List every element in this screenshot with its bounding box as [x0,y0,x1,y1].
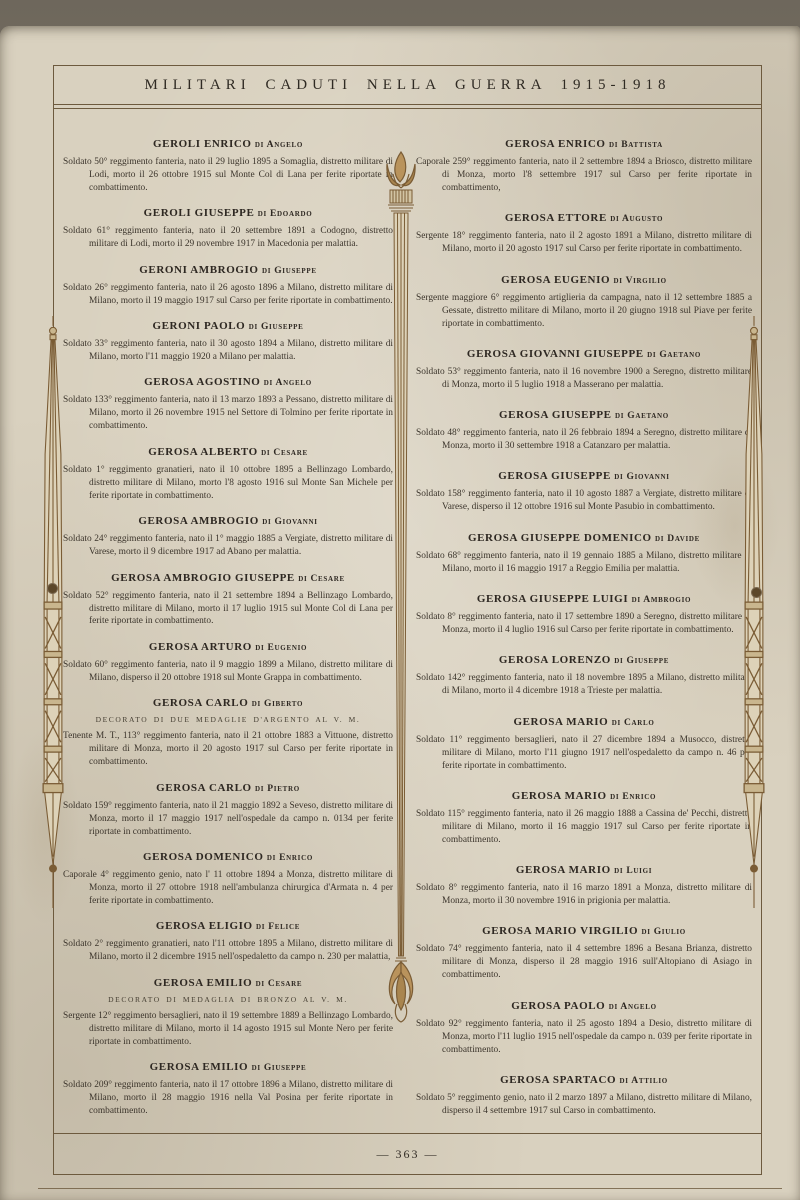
entry-text: Soldato 8° reggimento fanteria, nato il … [442,611,752,637]
entry-name: GEROSA LORENZO di Giuseppe [416,654,752,666]
memorial-entry: GEROSA AMBROGIO GIUSEPPE di Cesare Solda… [63,572,393,629]
entry-text: Soldato 5° reggimento genio, nato il 2 m… [442,1092,752,1118]
memorial-entry: GEROSA GIUSEPPE LUIGI di Ambrogio Soldat… [416,593,752,637]
entry-name: GEROSA EMILIO di Cesare [63,977,393,989]
memorial-entry: GEROSA MARIO di Enrico Soldato 115° regg… [416,790,752,847]
memorial-entry: GEROSA ELIGIO di Felice Soldato 2° reggi… [63,920,393,964]
entry-text: Sergente maggiore 6° reggimento artiglie… [442,292,752,331]
entry-text: Soldato 60° reggimento fanteria, nato il… [89,659,393,685]
page-number: — 363 — [377,1147,439,1162]
entry-text: Soldato 48° reggimento fanteria, nato il… [442,427,752,453]
memorial-entry: GEROSA MARIO di Carlo Soldato 11° reggim… [416,716,752,773]
memorial-entry: GEROSA EMILIO di Giuseppe Soldato 209° r… [63,1061,393,1118]
entry-name: GEROSA MARIO di Carlo [416,716,752,728]
entry-text: Soldato 2° reggimento granatieri, nato l… [89,938,393,964]
entry-name: GEROSA AGOSTINO di Angelo [63,376,393,388]
entry-name: GEROSA ALBERTO di Cesare [63,446,393,458]
page-footer: — 363 — [54,1133,761,1174]
memorial-entry: GEROSA DOMENICO di Enrico Caporale 4° re… [63,851,393,908]
memorial-entry: GEROSA ALBERTO di Cesare Soldato 1° regg… [63,446,393,503]
entry-text: Sergente 18° reggimento fanteria, nato i… [442,230,752,256]
entry-text: Soldato 61° reggimento fanteria, nato il… [89,225,393,251]
page-title: MILITARI CADUTI NELLA GUERRA 1915-1918 [144,77,670,94]
entry-text: Soldato 115° reggimento fanteria, nato i… [442,808,752,847]
memorial-entry: GEROSA GIUSEPPE di Gaetano Soldato 48° r… [416,409,752,453]
memorial-entry: GERONI AMBROGIO di Giuseppe Soldato 26° … [63,264,393,308]
entry-name: GEROSA GIOVANNI GIUSEPPE di Gaetano [416,348,752,360]
entry-name: GEROLI GIUSEPPE di Edoardo [63,207,393,219]
left-column: GEROLI ENRICO di Angelo Soldato 50° regg… [63,126,393,1128]
memorial-entry: GEROSA MARIO di Luigi Soldato 8° reggime… [416,864,752,908]
entry-text: Soldato 53° reggimento fanteria, nato il… [442,366,752,392]
entry-text: Soldato 133° reggimento fanteria, nato i… [89,394,393,433]
memorial-entry: GEROSA LORENZO di Giuseppe Soldato 142° … [416,654,752,698]
entry-name: GEROSA SPARTACO di Attilio [416,1074,752,1086]
entry-text: Soldato 33° reggimento fanteria, nato il… [89,338,393,364]
entry-text: Soldato 8° reggimento fanteria, nato il … [442,882,752,908]
entry-name: GEROSA ELIGIO di Felice [63,920,393,932]
entry-name: GEROSA GIUSEPPE LUIGI di Ambrogio [416,593,752,605]
entry-name: GEROSA ARTURO di Eugenio [63,641,393,653]
memorial-entry: GEROSA EUGENIO di Virgilio Sergente magg… [416,274,752,331]
entry-name: GEROSA GIUSEPPE di Gaetano [416,409,752,421]
memorial-entry: GEROSA GIUSEPPE di Giovanni Soldato 158°… [416,470,752,514]
memorial-entry: GEROSA ARTURO di Eugenio Soldato 60° reg… [63,641,393,685]
entry-text: Soldato 68° reggimento fanteria, nato il… [442,550,752,576]
memorial-entry: GEROSA ENRICO di Battista Caporale 259° … [416,138,752,195]
entry-text: Tenente M. T., 113° reggimento fanteria,… [89,730,393,769]
entry-text: Soldato 159° reggimento fanteria, nato i… [89,800,393,839]
page-header: MILITARI CADUTI NELLA GUERRA 1915-1918 [54,66,761,105]
entry-text: Caporale 259° reggimento fanteria, nato … [442,156,752,195]
entry-text: Sergente 12° reggimento bersaglieri, nat… [89,1010,393,1049]
page-frame: MILITARI CADUTI NELLA GUERRA 1915-1918 G… [53,65,762,1175]
entry-name: GEROSA DOMENICO di Enrico [63,851,393,863]
entry-text: Soldato 74° reggimento fanteria, nato il… [442,943,752,982]
memorial-entry: GEROSA CARLO di Giberto DECORATO DI DUE … [63,697,393,769]
entry-name: GEROSA EUGENIO di Virgilio [416,274,752,286]
memorial-entry: GEROSA MARIO VIRGILIO di Giulio Soldato … [416,925,752,982]
entry-name: GERONI AMBROGIO di Giuseppe [63,264,393,276]
entry-name: GEROSA ENRICO di Battista [416,138,752,150]
entry-name: GEROSA MARIO VIRGILIO di Giulio [416,925,752,937]
entry-text: Caporale 4° reggimento genio, nato l' 11… [89,869,393,908]
entry-decoration: DECORATO DI MEDAGLIA DI BRONZO AL V. M. [63,995,393,1004]
entries-area: GEROLI ENRICO di Angelo Soldato 50° regg… [63,126,752,1128]
entry-text: Soldato 52° reggimento fanteria, nato il… [89,590,393,629]
entry-text: Soldato 11° reggimento bersaglieri, nato… [442,734,752,773]
memorial-entry: GEROSA PAOLO di Angelo Soldato 92° reggi… [416,1000,752,1057]
right-column: GEROSA ENRICO di Battista Caporale 259° … [416,126,752,1128]
entry-text: Soldato 26° reggimento fanteria, nato il… [89,282,393,308]
memorial-entry: GEROSA GIOVANNI GIUSEPPE di Gaetano Sold… [416,348,752,392]
entry-name: GEROSA MARIO di Luigi [416,864,752,876]
entry-name: GEROLI ENRICO di Angelo [63,138,393,150]
memorial-entry: GEROSA ETTORE di Augusto Sergente 18° re… [416,212,752,256]
outer-bottom-rule [38,1188,782,1189]
entry-text: Soldato 158° reggimento fanteria, nato i… [442,488,752,514]
memorial-entry: GEROSA GIUSEPPE DOMENICO di Davide Solda… [416,532,752,576]
entry-name: GEROSA MARIO di Enrico [416,790,752,802]
memorial-entry: GEROLI ENRICO di Angelo Soldato 50° regg… [63,138,393,195]
entry-name: GEROSA CARLO di Giberto [63,697,393,709]
entry-name: GEROSA AMBROGIO di Giovanni [63,515,393,527]
entry-text: Soldato 50° reggimento fanteria, nato il… [89,156,393,195]
memorial-entry: GEROSA SPARTACO di Attilio Soldato 5° re… [416,1074,752,1118]
header-double-rule [54,108,761,109]
entry-name: GEROSA ETTORE di Augusto [416,212,752,224]
entry-text: Soldato 92° reggimento fanteria, nato il… [442,1018,752,1057]
entry-name: GERONI PAOLO di Giuseppe [63,320,393,332]
memorial-entry: GEROSA AGOSTINO di Angelo Soldato 133° r… [63,376,393,433]
memorial-entry: GEROSA AMBROGIO di Giovanni Soldato 24° … [63,515,393,559]
entry-name: GEROSA EMILIO di Giuseppe [63,1061,393,1073]
entry-name: GEROSA CARLO di Pietro [63,782,393,794]
entry-name: GEROSA PAOLO di Angelo [416,1000,752,1012]
memorial-entry: GEROSA CARLO di Pietro Soldato 159° regg… [63,782,393,839]
entry-name: GEROSA AMBROGIO GIUSEPPE di Cesare [63,572,393,584]
entry-name: GEROSA GIUSEPPE DOMENICO di Davide [416,532,752,544]
memorial-entry: GERONI PAOLO di Giuseppe Soldato 33° reg… [63,320,393,364]
entry-decoration: DECORATO DI DUE MEDAGLIE D'ARGENTO AL V.… [63,715,393,724]
frame-knob-icon [752,588,761,597]
memorial-entry: GEROSA EMILIO di Cesare DECORATO DI MEDA… [63,977,393,1049]
entry-text: Soldato 142° reggimento fanteria, nato i… [442,672,752,698]
entry-text: Soldato 24° reggimento fanteria, nato il… [89,533,393,559]
entry-text: Soldato 209° reggimento fanteria, nato i… [89,1079,393,1118]
entry-text: Soldato 1° reggimento granatieri, nato i… [89,464,393,503]
frame-knob-icon [48,584,57,593]
entry-name: GEROSA GIUSEPPE di Giovanni [416,470,752,482]
memorial-entry: GEROLI GIUSEPPE di Edoardo Soldato 61° r… [63,207,393,251]
